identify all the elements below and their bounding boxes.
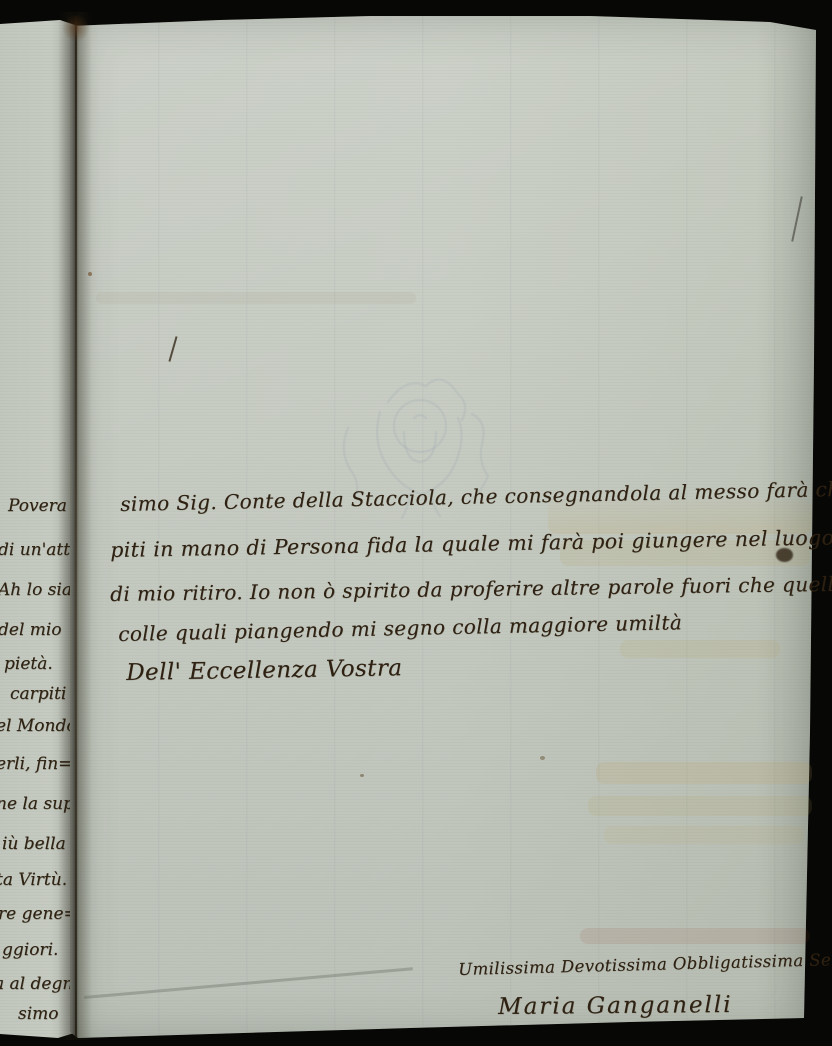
page-fragment: pietà. xyxy=(4,654,53,674)
page-fragment: erli, fin= xyxy=(0,754,72,774)
page-fragment: a al degni xyxy=(0,974,79,994)
page-fragment: re gene= xyxy=(0,904,78,924)
page-fragment: carpiti xyxy=(10,684,66,704)
manuscript-scan: Povera di un'atto Ah lo sia del mio piet… xyxy=(0,0,832,1046)
page-fragment: Ah lo sia xyxy=(0,580,72,600)
page-fragment: ta Virtù. xyxy=(0,870,67,890)
valediction: Dell' Eccellenza Vostra xyxy=(126,655,403,686)
gutter-fold-line xyxy=(75,16,77,1038)
page-fragment: di un'atto xyxy=(0,540,80,560)
page-fragment: iù bella xyxy=(2,834,66,854)
page-fragment: el Mondo xyxy=(0,716,77,736)
letter-page xyxy=(70,12,816,1040)
page-fragment: simo xyxy=(18,1004,59,1024)
signature: Maria Ganganelli xyxy=(498,992,733,1020)
page-fragment: Povera xyxy=(8,496,67,516)
page-fragment: del mio xyxy=(0,620,62,640)
page-fragment: ggiori. xyxy=(2,940,58,960)
